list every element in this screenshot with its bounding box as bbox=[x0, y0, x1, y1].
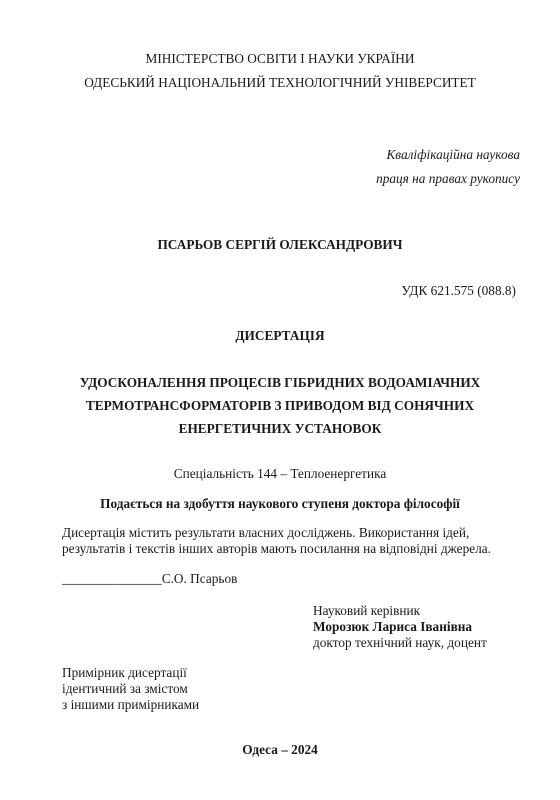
qualification-line-1: Кваліфікаційна наукова bbox=[386, 147, 520, 163]
author-name: ПСАРЬОВ СЕРГІЙ ОЛЕКСАНДРОВИЧ bbox=[0, 237, 560, 253]
author-signature: _______________С.О. Псарьов bbox=[62, 571, 237, 587]
originality-statement-line-1: Дисертація містить результати власних до… bbox=[62, 525, 469, 541]
document-type: ДИСЕРТАЦІЯ bbox=[0, 328, 560, 344]
thesis-title-line-3: ЕНЕРГЕТИЧНИХ УСТАНОВОК bbox=[0, 421, 560, 437]
thesis-title-line-2: ТЕРМОТРАНСФОРМАТОРІВ З ПРИВОДОМ ВІД СОНЯ… bbox=[0, 398, 560, 414]
ministry-heading: МІНІСТЕРСТВО ОСВІТИ І НАУКИ УКРАЇНИ bbox=[0, 51, 560, 67]
copy-note-line-3: з іншими примірниками bbox=[62, 697, 199, 713]
qualification-line-2: праця на правах рукопису bbox=[376, 171, 520, 187]
degree-statement: Подається на здобуття наукового ступеня … bbox=[0, 496, 560, 512]
supervisor-credentials: доктор технічний наук, доцент bbox=[313, 635, 487, 651]
signature-name: С.О. Псарьов bbox=[162, 571, 238, 586]
university-heading: ОДЕСЬКИЙ НАЦІОНАЛЬНИЙ ТЕХНОЛОГІЧНИЙ УНІВ… bbox=[0, 75, 560, 91]
supervisor-label: Науковий керівник bbox=[313, 603, 420, 619]
city-year: Одеса – 2024 bbox=[0, 742, 560, 758]
supervisor-name: Морозюк Лариса Іванівна bbox=[313, 619, 472, 635]
thesis-title-line-1: УДОСКОНАЛЕННЯ ПРОЦЕСІВ ГІБРИДНИХ ВОДОАМІ… bbox=[0, 375, 560, 391]
copy-note-line-2: ідентичний за змістом bbox=[62, 681, 188, 697]
copy-note-line-1: Примірник дисертації bbox=[62, 665, 187, 681]
udc-code: УДК 621.575 (088.8) bbox=[401, 283, 516, 299]
specialty: Спеціальність 144 – Теплоенергетика bbox=[0, 466, 560, 482]
signature-line: _______________ bbox=[62, 571, 162, 586]
originality-statement-line-2: результатів і текстів інших авторів мают… bbox=[62, 541, 491, 557]
